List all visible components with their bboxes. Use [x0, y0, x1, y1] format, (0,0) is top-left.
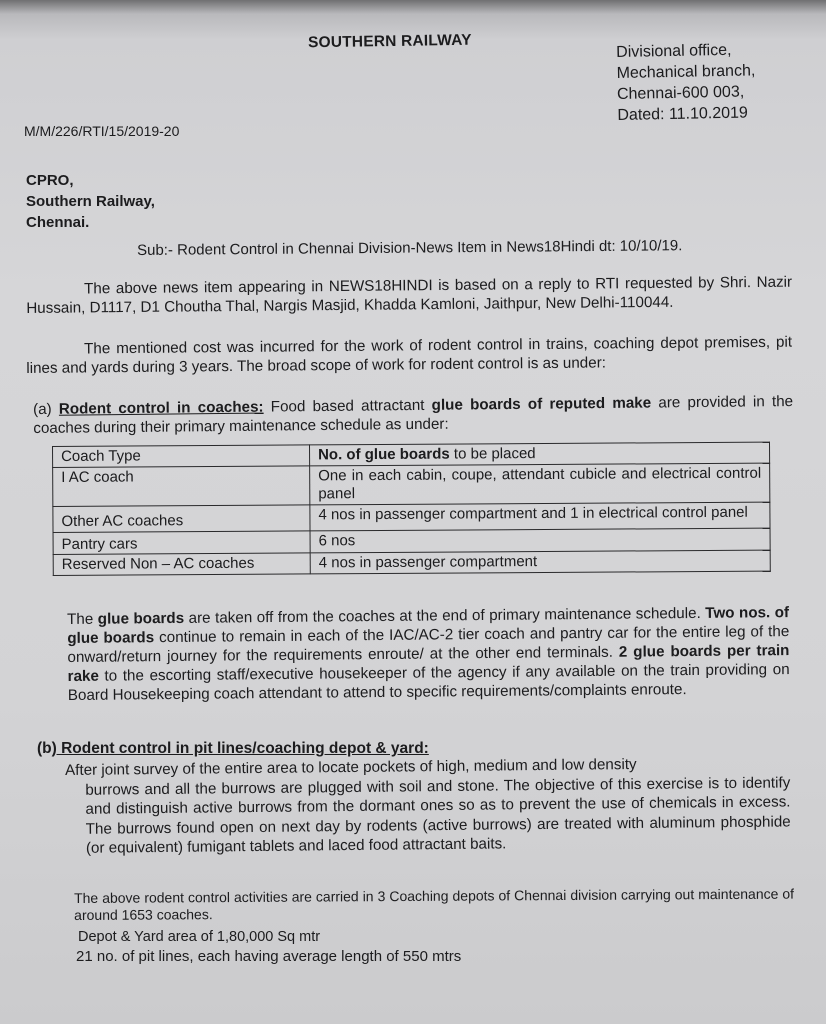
glue-boards-cell: 6 nos [310, 528, 770, 553]
section-prefix: (b [37, 740, 52, 757]
section-b-heading: (b) Rodent control in pit lines/coaching… [37, 740, 429, 758]
paragraph-rti-reference: The above news item appearing in NEWS18H… [26, 273, 792, 318]
glue-board-table: Coach Type No. of glue boards to be plac… [52, 442, 771, 576]
header-rest: to be placed [450, 445, 536, 463]
section-bold-text: glue boards of reputed make [432, 395, 652, 414]
reference-number: M/M/226/RTI/15/2019-20 [24, 123, 179, 139]
office-line: Chennai-600 003, [617, 81, 756, 105]
depot-yard-area: Depot & Yard area of 1,80,000 Sq mtr [78, 929, 320, 945]
paragraph-text: The mentioned cost was incurred for the … [26, 334, 792, 377]
paragraph-burrow-survey: After joint survey of the entire area to… [65, 753, 791, 858]
section-a-coaches: (a) Rodent control in coaches: Food base… [33, 392, 793, 438]
pit-lines-info: 21 no. of pit lines, each having average… [76, 948, 461, 965]
section-b-label: ) Rodent control in pit lines/coaching d… [52, 740, 429, 757]
coach-type-cell: Other AC coaches [53, 505, 310, 533]
coach-type-cell: Reserved Non – AC coaches [53, 553, 310, 576]
section-text: Food based attractant [263, 397, 431, 416]
header-bold: No. of glue boards [318, 446, 450, 464]
section-a-heading: Rodent control in coaches: [59, 399, 264, 418]
organization-title: SOUTHERN RAILWAY [308, 32, 472, 53]
letter-page: SOUTHERN RAILWAY Divisional office, Mech… [0, 0, 826, 1024]
paragraph-text: The [67, 611, 98, 628]
table-row: I AC coach One in each cabin, coupe, att… [53, 463, 770, 506]
addressee: CPRO, Southern Railway, Chennai. [26, 170, 155, 233]
glue-boards-cell: 4 nos in passenger compartment and 1 in … [310, 502, 770, 531]
paragraph-text: to the escorting staff/executive houseke… [68, 661, 790, 704]
paragraph-cost-scope: The mentioned cost was incurred for the … [26, 333, 792, 378]
addressee-line: Chennai. [26, 212, 155, 233]
paragraph-text: burrows and all the burrows are plugged … [65, 773, 791, 859]
office-address: Divisional office, Mechanical branch, Ch… [616, 39, 756, 126]
paragraph-text: are taken off from the coaches at the en… [184, 605, 705, 627]
subject-line: Sub:- Rodent Control in Chennai Division… [137, 237, 682, 259]
office-line: Divisional office, [616, 39, 755, 63]
paragraph-text: The above news item appearing in NEWS18H… [26, 274, 792, 317]
paragraph-glue-board-removal: The glue boards are taken off from the c… [67, 603, 790, 705]
glue-boards-cell: 4 nos in passenger compartment [310, 550, 770, 574]
section-prefix: (a) [33, 401, 59, 418]
office-line: Mechanical branch, [616, 60, 755, 84]
letter-date: Dated: 11.10.2019 [617, 102, 756, 126]
coach-type-cell: I AC coach [53, 466, 310, 507]
table-row: Reserved Non – AC coaches 4 nos in passe… [53, 550, 770, 575]
paragraph-bold: glue boards [98, 610, 185, 628]
glue-boards-cell: One in each cabin, coupe, attendant cubi… [310, 463, 770, 505]
coach-type-cell: Pantry cars [53, 531, 310, 555]
addressee-line: CPRO, [26, 170, 155, 191]
header-glue-boards: No. of glue boards to be placed [309, 442, 769, 466]
paragraph-depots: The above rodent control activities are … [74, 886, 794, 924]
header-coach-type: Coach Type [53, 445, 310, 468]
addressee-line: Southern Railway, [26, 191, 155, 212]
